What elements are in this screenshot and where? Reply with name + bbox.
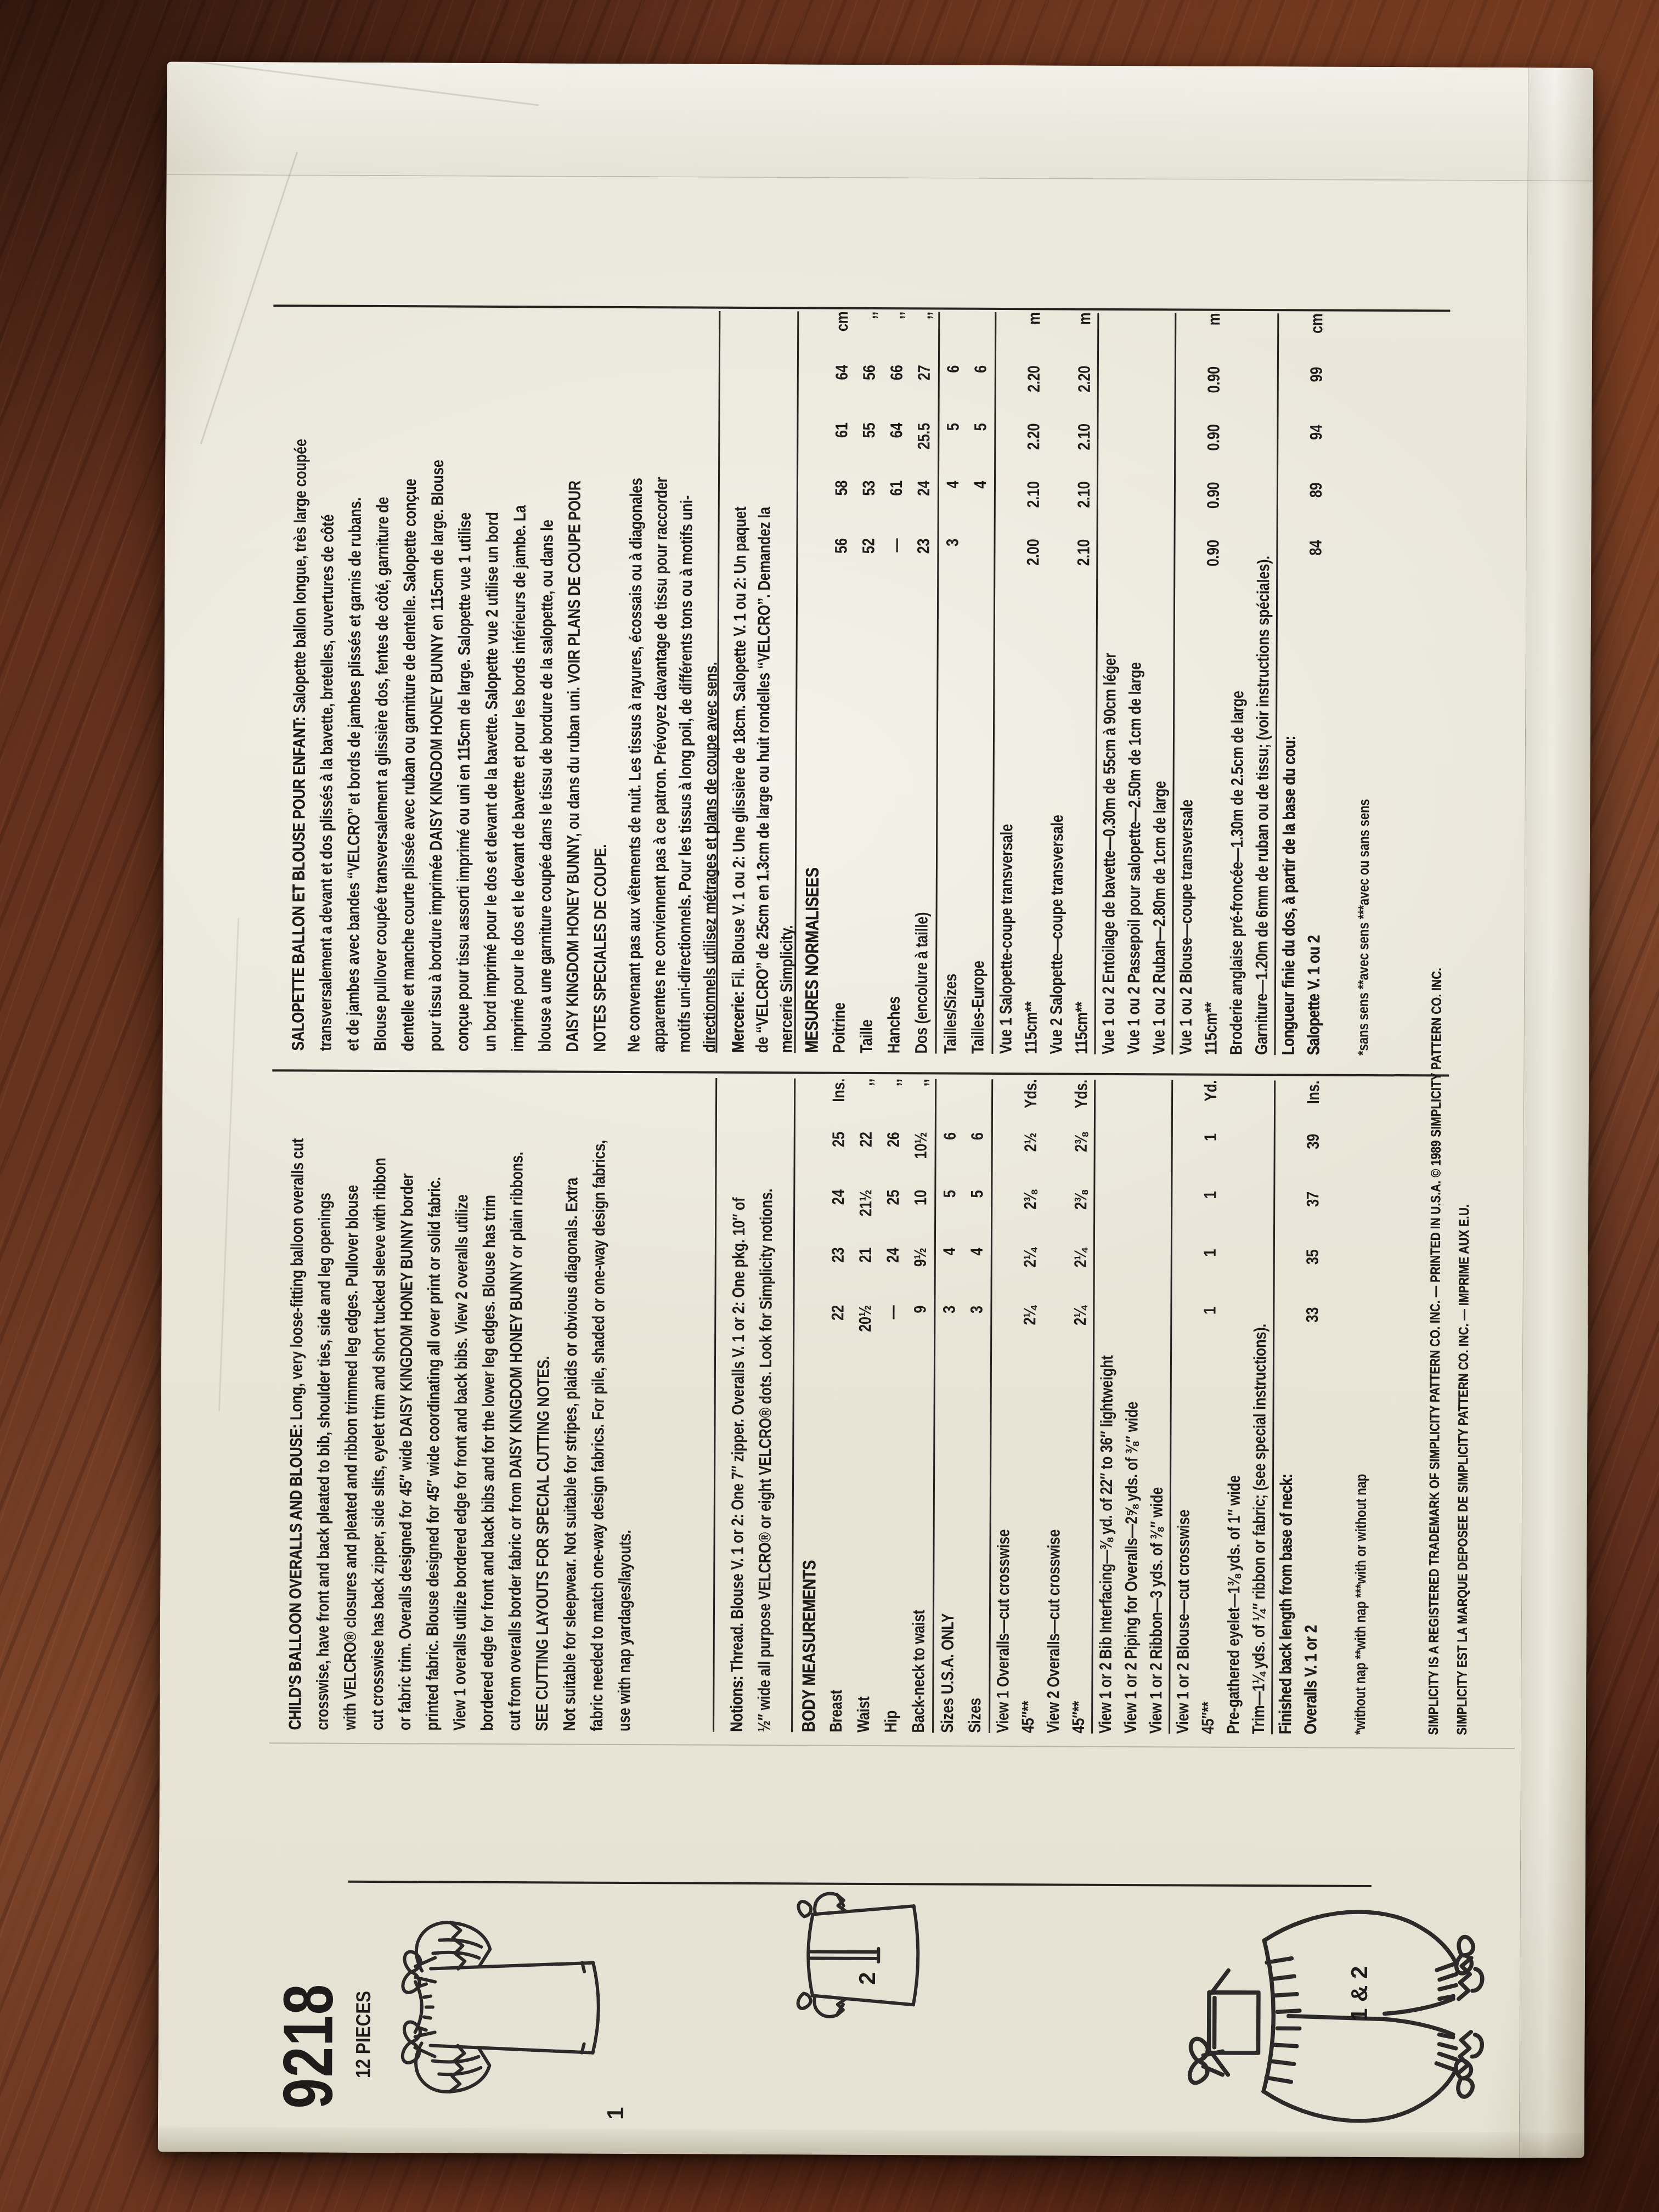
yardage-row: Vue 1 Salopette-coupe transversale xyxy=(993,312,1022,1054)
yardage-row: View 1 or 2 Bib Interfacing—⅜ yd. of 22″… xyxy=(1091,1080,1121,1734)
french-section: SALOPETTE BALLON ET BLOUSE POUR ENFANT: … xyxy=(270,309,1375,1056)
overalls-label: 1 & 2 xyxy=(1346,1966,1373,2021)
yardage-row: Vue 1 ou 2 Ruban—2.80m de 1cm de large xyxy=(1146,313,1175,1054)
body-measurements-title: BODY MEASUREMENTS xyxy=(793,1079,825,1733)
measurement-row: Hip —242526,, xyxy=(877,1079,907,1733)
wood-table-background: 9218 12 PIECES 1 xyxy=(0,0,1659,2212)
yardage-row: Finished back length from base of neck: xyxy=(1271,1080,1301,1734)
left-column: 9218 12 PIECES xyxy=(268,1878,376,2109)
yardage-row: View 1 or 2 Piping for Overalls—2⅝ yds. … xyxy=(1118,1080,1146,1734)
overalls-drawing xyxy=(1178,1891,1498,2139)
english-nap-footnote: *without nap **with nap ***with or witho… xyxy=(1352,1081,1372,1735)
yardage-row: Pre-gathered eyelet—1⅜ yds. of 1″ wide xyxy=(1221,1080,1249,1734)
legal-lines: SIMPLICITY IS A REGISTERED TRADEMARK OF … xyxy=(1419,1081,1479,1735)
french-caution: Ne convenant pas aux vêtements de nuit. … xyxy=(621,311,725,1053)
yardage-row: 45″** 1111Yd. xyxy=(1195,1080,1223,1734)
sizes-row: Tailles/Sizes 3456 xyxy=(936,312,967,1054)
measurement-row: Hanches —616466,, xyxy=(880,312,911,1053)
measurement-row: Taille 52535556,, xyxy=(853,312,883,1053)
notions-body: Thread. Blouse V. 1 or 2: One 7″ zipper.… xyxy=(727,1188,776,1732)
french-sens-footnote: *sans sens **avec sens ***avec ou sans s… xyxy=(1355,314,1375,1056)
legal-line-english: SIMPLICITY IS A REGISTERED TRADEMARK OF … xyxy=(1419,1081,1451,1735)
language-divider-rule xyxy=(272,1069,1449,1076)
yardage-row: Salopette V. 1 ou 2 84899499cm xyxy=(1301,314,1329,1056)
yardage-row: Overalls V. 1 or 2 33353739Ins. xyxy=(1298,1081,1326,1735)
yardage-row: Garniture—1.20m de 6mm de ruban ou de ti… xyxy=(1249,313,1277,1055)
blouse-view2-drawing xyxy=(784,1869,933,2040)
yardage-row: View 1 Overalls—cut crosswise xyxy=(990,1079,1018,1733)
yardage-row: Vue 1 ou 2 Blouse—coupe transversale xyxy=(1171,313,1201,1055)
english-description-body: Long, very loose-fitting balloon overall… xyxy=(287,1138,635,1731)
english-description-title: CHILD'S BALLOON OVERALLS AND BLOUSE: xyxy=(285,1424,306,1730)
yardage-table: View 1 Overalls—cut crosswise 45″** 2¼2¼… xyxy=(990,1079,1326,1734)
yardage-row: 115cm** 2.102.102.102.20m xyxy=(1069,313,1097,1054)
yardage-row: View 1 or 2 Ribbon—3 yds. of ⅜″ wide xyxy=(1143,1080,1171,1734)
tailles-table: Tailles/Sizes 3456 Tailles-Europe 456 xyxy=(936,312,995,1054)
body-measurements-table: Breast 22232425Ins. Waist 20½2121½22,, H… xyxy=(822,1079,935,1733)
english-section: CHILD'S BALLOON OVERALLS AND BLOUSE: Lon… xyxy=(267,1076,1479,1735)
sizes-table: Sizes U.S.A. ONLY 3456 Sizes 3456 xyxy=(934,1079,991,1733)
yardage-row: Vue 1 ou 2 Entoilage de bavette—0.30m de… xyxy=(1094,313,1124,1054)
mesures-title: MESURES NORMALISEES xyxy=(795,312,828,1053)
view2-label: 2 xyxy=(854,1972,881,1985)
printed-content-rotated: 9218 12 PIECES 1 xyxy=(158,61,1594,2152)
blouse-view1-drawing xyxy=(377,1903,620,2112)
yardage-row: Trim—1¼ yds. of ¼″ ribbon or fabric; (se… xyxy=(1246,1080,1274,1734)
metrage-table: Vue 1 Salopette-coupe transversale 115cm… xyxy=(993,312,1329,1055)
yardage-row: Vue 1 ou 2 Passepoil pour salopette—2.50… xyxy=(1121,313,1149,1054)
yardage-row: View 2 Overalls—cut crosswise xyxy=(1041,1080,1069,1734)
measurement-row: Poitrine 56586164cm xyxy=(825,312,856,1053)
pieces-count: 12 PIECES xyxy=(352,1908,375,2078)
english-notions: Notions: Thread. Blouse V. 1 or 2: One 7… xyxy=(714,1078,794,1732)
view1-label: 1 xyxy=(602,2107,629,2120)
yardage-row: 115cm** 0.900.900.900.90m xyxy=(1198,313,1227,1055)
notions-title: Notions: xyxy=(727,1676,746,1732)
sizes-row: Tailles-Europe 456 xyxy=(964,312,995,1054)
yardage-row: 45″** 2¼2¼2⅜2½Yds. xyxy=(1015,1079,1043,1733)
measurement-row: Breast 22232425Ins. xyxy=(822,1079,853,1733)
french-description-body: Salopette ballon longue, très large coup… xyxy=(290,439,610,1052)
french-description-title: SALOPETTE BALLON ET BLOUSE POUR ENFANT: xyxy=(288,716,309,1051)
english-description: CHILD'S BALLOON OVERALLS AND BLOUSE: Lon… xyxy=(267,1076,715,1731)
yardage-row: Vue 2 Salopette—coupe transversale xyxy=(1043,312,1072,1054)
mercerie-title: Mercerie: xyxy=(728,991,747,1053)
yardage-row: 115cm** 2.002.102.202.20m xyxy=(1018,312,1047,1054)
mercerie-body: Fil. Blouse V. 1 ou 2: Une glissière de … xyxy=(729,506,796,1053)
sizes-row: Sizes 3456 xyxy=(961,1079,991,1733)
yardage-row: Longueur finie du dos, à partir de la ba… xyxy=(1274,313,1304,1055)
french-description: SALOPETTE BALLON ET BLOUSE POUR ENFANT: … xyxy=(270,309,719,1052)
measurement-row: Dos (encolure à taille) 232425.527,, xyxy=(907,312,938,1053)
measurement-row: Waist 20½2121½22,, xyxy=(850,1079,880,1733)
sizes-row: Sizes U.S.A. ONLY 3456 xyxy=(934,1079,964,1733)
pattern-number: 9218 xyxy=(268,1929,349,2109)
yardage-row: Broderie anglaise pré-froncée—1.30m de 2… xyxy=(1223,313,1252,1055)
french-mercerie: Mercerie: Fil. Blouse V. 1 ou 2: Une gli… xyxy=(717,311,797,1053)
text-edge-crease xyxy=(269,1742,1515,1749)
mesures-table: Poitrine 56586164cm Taille 52535556,, Ha… xyxy=(825,312,938,1054)
legal-line-french: SIMPLICITY EST LA MARQUE DEPOSEE DE SIMP… xyxy=(1448,1081,1479,1735)
yardage-row: 45″** 2¼2¼2⅜2⅜Yds. xyxy=(1066,1080,1094,1734)
pattern-envelope-back: 9218 12 PIECES 1 xyxy=(158,61,1594,2158)
yardage-row: View 1 or 2 Blouse—cut crosswise xyxy=(1169,1080,1198,1734)
measurement-row: Back-neck to waist 99½1010½,, xyxy=(905,1079,935,1733)
